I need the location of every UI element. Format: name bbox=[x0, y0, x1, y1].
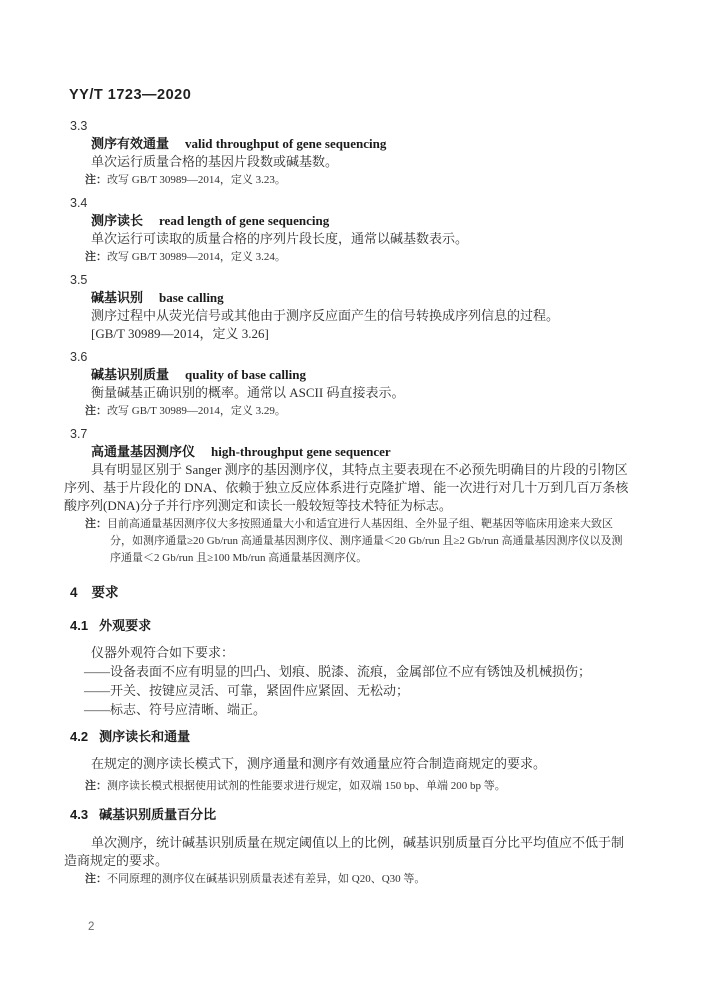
note-label: 注： bbox=[85, 251, 107, 263]
term-english: quality of base calling bbox=[185, 367, 306, 382]
chapter-title: 要求 bbox=[92, 585, 119, 600]
term-english: high-throughput gene sequencer bbox=[211, 444, 391, 459]
standard-number-header: YY/T 1723—2020 bbox=[69, 86, 632, 104]
term-section-3-3: 3.3 测序有效通量valid throughput of gene seque… bbox=[64, 117, 632, 189]
term-definition: 单次运行可读取的质量合格的序列片段长度，通常以碱基数表示。 bbox=[64, 230, 632, 248]
term-note: 注：目前高通量基因测序仪大多按照通量大小和适宜进行人基因组、全外显子组、靶基因等… bbox=[85, 516, 632, 567]
term-section-3-6: 3.6 碱基识别质量quality of base calling 衡量碱基正确… bbox=[64, 348, 632, 420]
note-label: 注： bbox=[85, 780, 107, 792]
note-text: 改写 GB/T 30989—2014，定义 3.23。 bbox=[107, 174, 286, 186]
term-heading: 碱基识别质量quality of base calling bbox=[64, 366, 632, 384]
note-label: 注： bbox=[85, 873, 107, 885]
note-text: 改写 GB/T 30989—2014，定义 3.29。 bbox=[107, 405, 286, 417]
term-english: base calling bbox=[159, 290, 224, 305]
clause-number: 3.7 bbox=[64, 425, 632, 443]
subsection-title: 测序读长和通量 bbox=[99, 729, 190, 744]
subsection-title: 碱基识别质量百分比 bbox=[99, 807, 216, 822]
page-number: 2 bbox=[88, 918, 94, 936]
subsection-number: 4.1 bbox=[70, 618, 88, 633]
subsection-note: 注：测序读长模式根据使用试剂的性能要求进行规定，如双端 150 bp、单端 20… bbox=[85, 778, 632, 795]
bullet-item: ——设备表面不应有明显的凹凸、划痕、脱漆、流痕，金属部位不应有锈蚀及机械损伤； bbox=[64, 662, 632, 681]
term-english: read length of gene sequencing bbox=[159, 213, 329, 228]
term-heading: 高通量基因测序仪high-throughput gene sequencer bbox=[64, 443, 632, 461]
note-text: 测序读长模式根据使用试剂的性能要求进行规定，如双端 150 bp、单端 200 … bbox=[107, 780, 506, 792]
term-heading: 碱基识别base calling bbox=[64, 289, 632, 307]
note-text: 改写 GB/T 30989—2014，定义 3.24。 bbox=[107, 251, 286, 263]
note-text: 目前高通量基因测序仪大多按照通量大小和适宜进行人基因组、全外显子组、靶基因等临床… bbox=[107, 518, 623, 564]
term-heading: 测序读长read length of gene sequencing bbox=[64, 212, 632, 230]
term-heading: 测序有效通量valid throughput of gene sequencin… bbox=[64, 135, 632, 153]
term-chinese: 高通量基因测序仪 bbox=[91, 444, 195, 459]
term-english: valid throughput of gene sequencing bbox=[185, 136, 386, 151]
requirements-intro: 仪器外观符合如下要求： bbox=[64, 644, 632, 662]
note-label: 注： bbox=[85, 405, 107, 417]
document-page: YY/T 1723—2020 3.3 测序有效通量valid throughpu… bbox=[0, 0, 708, 1000]
note-label: 注： bbox=[85, 174, 107, 186]
term-definition: 测序过程中从荧光信号或其他由于测序反应面产生的信号转换成序列信息的过程。 bbox=[64, 307, 632, 325]
term-chinese: 碱基识别 bbox=[91, 290, 143, 305]
chapter-heading: 4要求 bbox=[64, 584, 632, 602]
subsection-body: 在规定的测序读长模式下，测序通量和测序有效通量应符合制造商规定的要求。 bbox=[64, 755, 632, 773]
note-label: 注： bbox=[85, 518, 107, 530]
subsection-title: 外观要求 bbox=[99, 618, 151, 633]
subsection-note: 注：不同原理的测序仪在碱基识别质量表述有差异，如 Q20、Q30 等。 bbox=[85, 871, 632, 888]
source-reference: [GB/T 30989—2014，定义 3.26] bbox=[64, 325, 632, 343]
term-section-3-4: 3.4 测序读长read length of gene sequencing 单… bbox=[64, 194, 632, 266]
term-note: 注：改写 GB/T 30989—2014，定义 3.24。 bbox=[85, 249, 632, 266]
subsection-heading-4-1: 4.1外观要求 bbox=[64, 617, 632, 635]
clause-number: 3.6 bbox=[64, 348, 632, 366]
bullet-item: ——标志、符号应清晰、端正。 bbox=[64, 700, 632, 719]
clause-number: 3.5 bbox=[64, 271, 632, 289]
bullet-item: ——开关、按键应灵活、可靠，紧固件应紧固、无松动； bbox=[64, 681, 632, 700]
term-section-3-5: 3.5 碱基识别base calling 测序过程中从荧光信号或其他由于测序反应… bbox=[64, 271, 632, 343]
subsection-number: 4.2 bbox=[70, 729, 88, 744]
term-definition: 具有明显区别于 Sanger 测序的基因测序仪，其特点主要表现在不必预先明确目的… bbox=[64, 461, 632, 515]
term-chinese: 碱基识别质量 bbox=[91, 367, 169, 382]
term-section-3-7: 3.7 高通量基因测序仪high-throughput gene sequenc… bbox=[64, 425, 632, 567]
clause-number: 3.4 bbox=[64, 194, 632, 212]
term-chinese: 测序有效通量 bbox=[91, 136, 169, 151]
subsection-heading-4-2: 4.2测序读长和通量 bbox=[64, 728, 632, 746]
term-definition: 衡量碱基正确识别的概率。通常以 ASCII 码直接表示。 bbox=[64, 384, 632, 402]
subsection-body: 单次测序，统计碱基识别质量在规定阈值以上的比例，碱基识别质量百分比平均值应不低于… bbox=[64, 834, 632, 870]
chapter-number: 4 bbox=[70, 585, 78, 600]
term-chinese: 测序读长 bbox=[91, 213, 143, 228]
term-definition: 单次运行质量合格的基因片段数或碱基数。 bbox=[64, 153, 632, 171]
subsection-number: 4.3 bbox=[70, 807, 88, 822]
note-text: 不同原理的测序仪在碱基识别质量表述有差异，如 Q20、Q30 等。 bbox=[107, 873, 425, 885]
subsection-heading-4-3: 4.3碱基识别质量百分比 bbox=[64, 806, 632, 824]
term-note: 注：改写 GB/T 30989—2014，定义 3.23。 bbox=[85, 172, 632, 189]
term-note: 注：改写 GB/T 30989—2014，定义 3.29。 bbox=[85, 403, 632, 420]
clause-number: 3.3 bbox=[64, 117, 632, 135]
